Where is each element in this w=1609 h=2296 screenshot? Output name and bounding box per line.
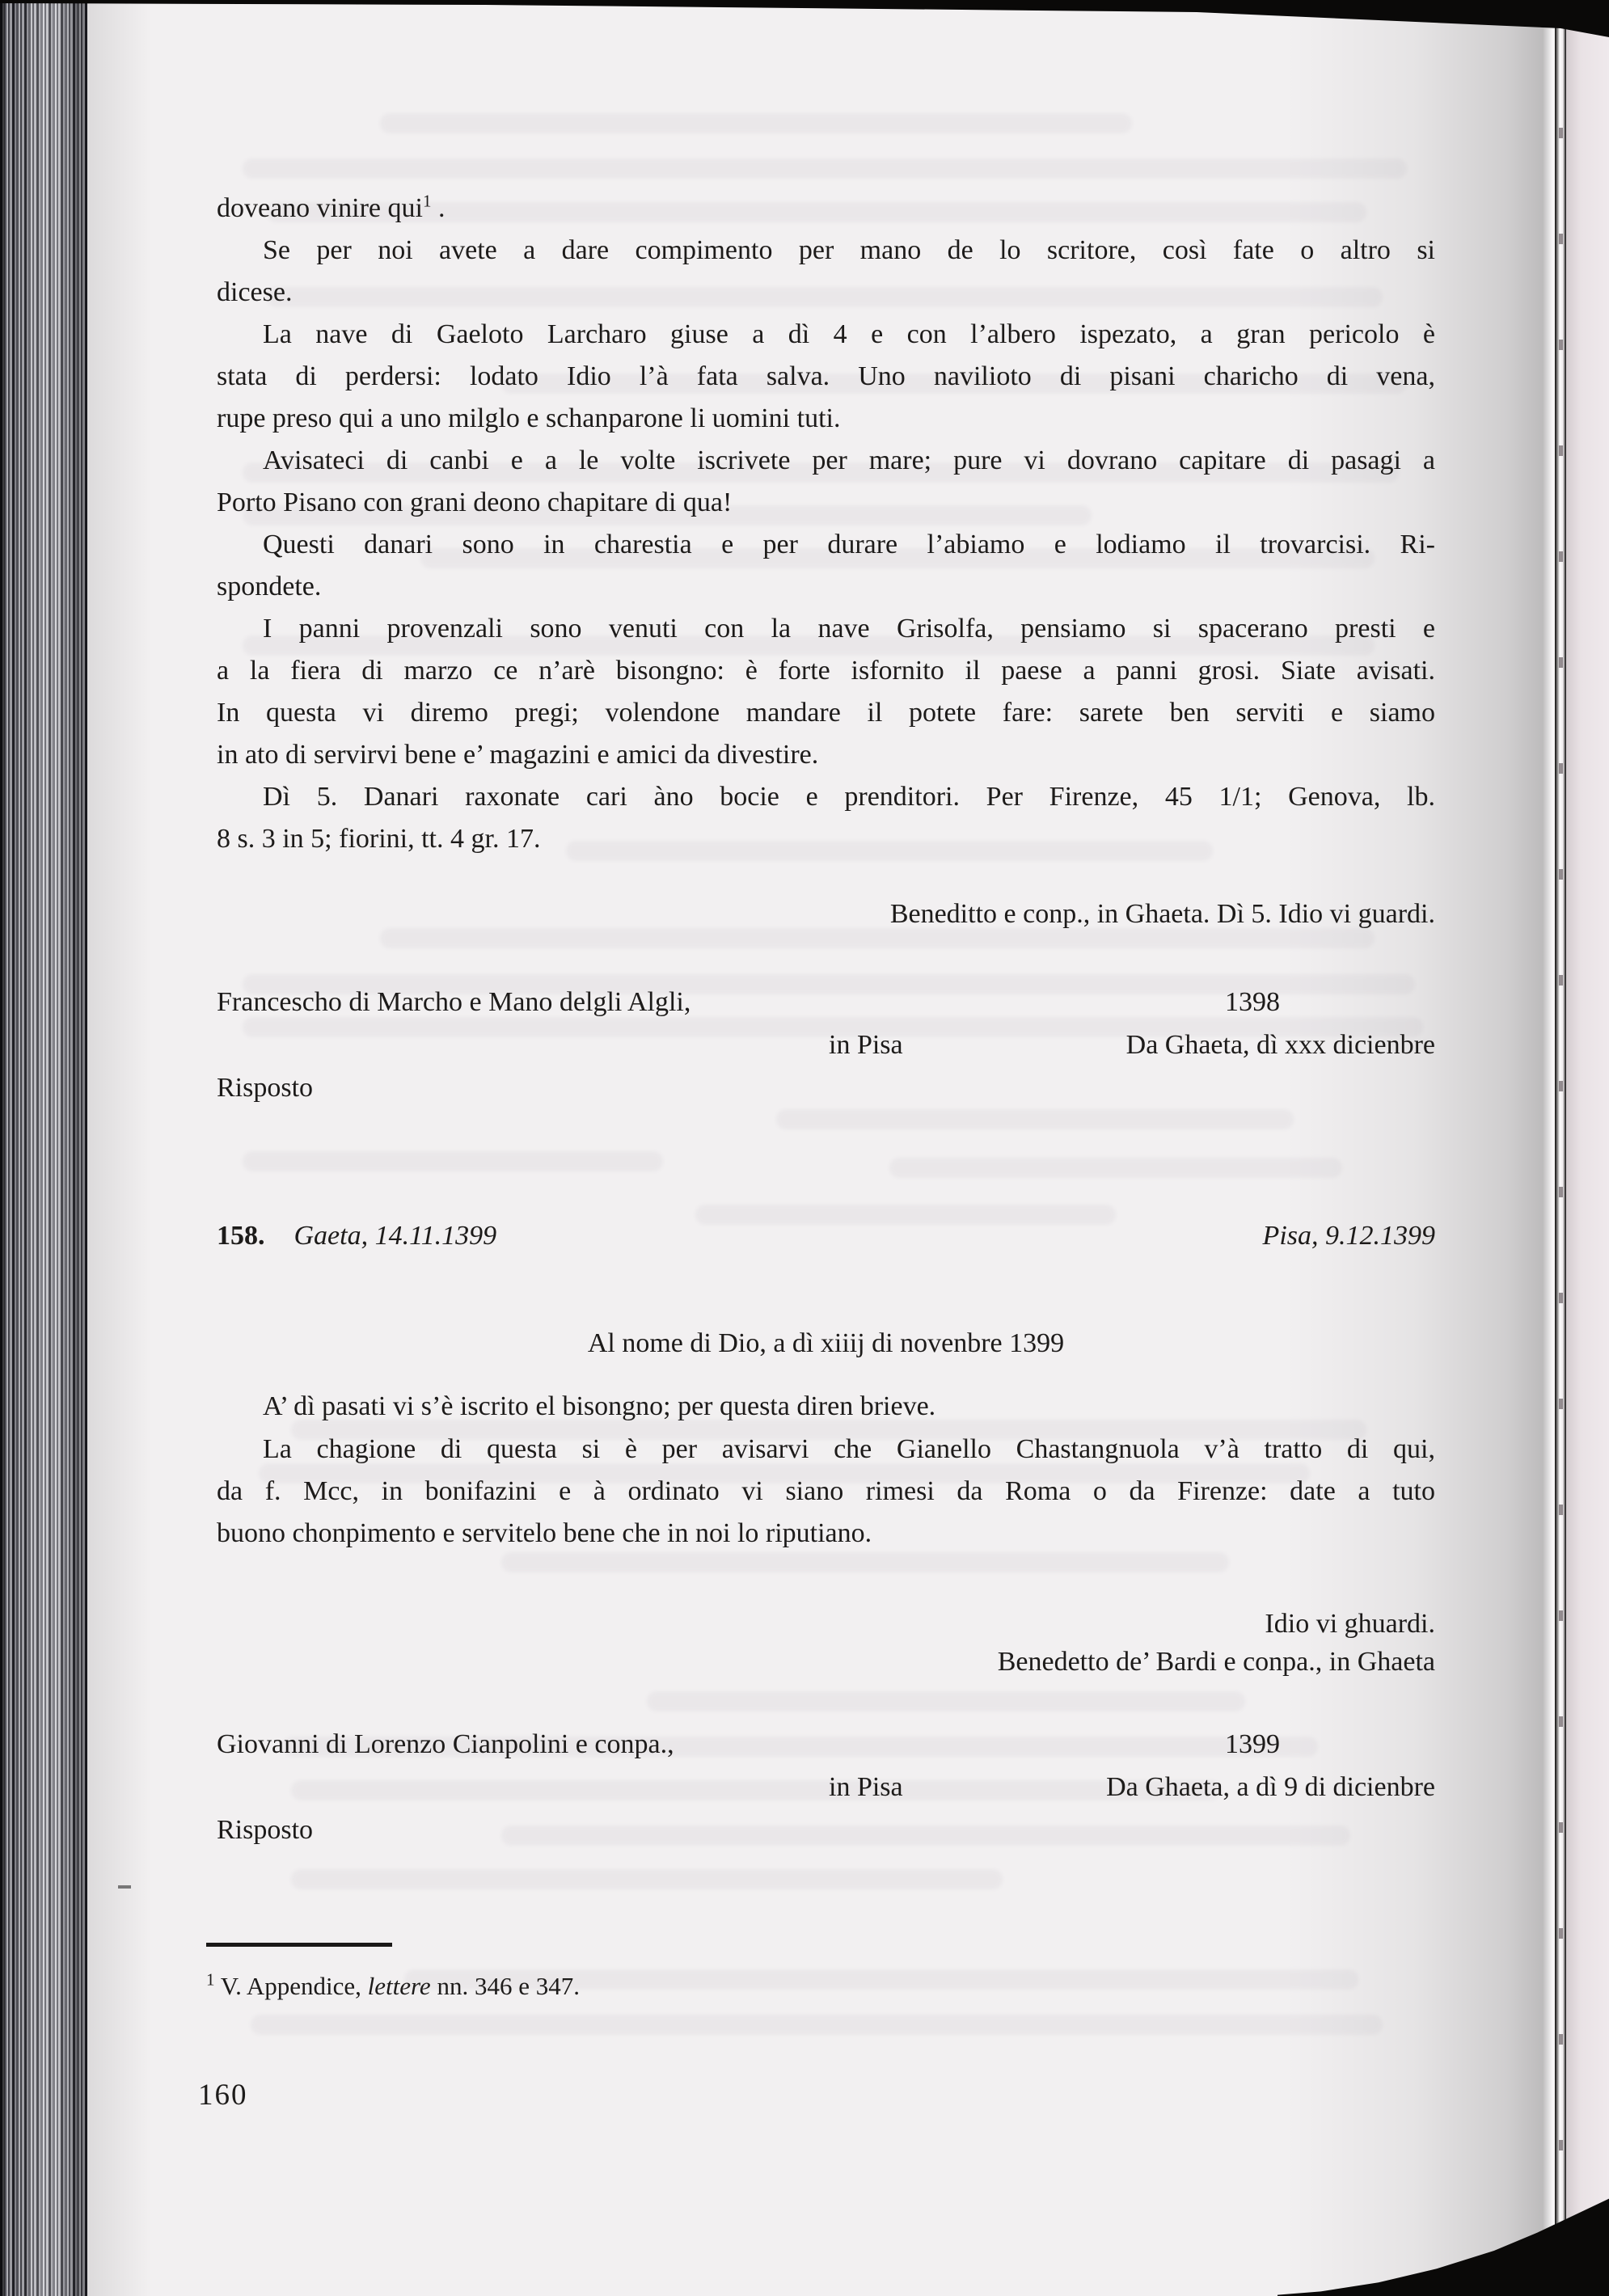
letter-157-paragraph: Questi danari sono in charestia e per du… (217, 524, 1435, 608)
letter-158-signature: Benedetto de’ Bardi e conpa., in Ghaeta (217, 1641, 1435, 1683)
bleedthrough-ghost (380, 113, 1132, 133)
address-year: 1399 (1225, 1724, 1280, 1766)
bleedthrough-ghost (647, 1691, 1245, 1711)
text-line: Benedetto de’ Bardi e conpa., in Ghaeta (217, 1641, 1435, 1683)
text-line: 8 s. 3 in 5; fiorini, tt. 4 gr. 17. (217, 818, 1435, 860)
text-line: La nave di Gaeloto Larcharo giuse a dì 4… (217, 314, 1435, 356)
letter-158-signoff: Idio vi ghuardi. (217, 1603, 1435, 1645)
text-line: da f. Mcc, in bonifazini e à ordinato vi… (217, 1471, 1435, 1513)
address-destination: in Pisa (829, 1024, 903, 1066)
text-line: Avisateci di canbi e a le volte iscrivet… (217, 440, 1435, 482)
book-fore-edge-pages (0, 0, 87, 2296)
bleedthrough-ghost (251, 2015, 1383, 2035)
letter-number: 158. (217, 1215, 265, 1257)
footnote: 1 V. Appendice, lettere nn. 346 e 347. (206, 1969, 1096, 2004)
footnote-reference: 1 (423, 192, 432, 211)
text-line: Idio vi ghuardi. (217, 1603, 1435, 1645)
text-line: in ato di servirvi bene e’ magazini e am… (217, 734, 1435, 776)
letter-157-paragraph: I panni provenzali sono venuti con la na… (217, 608, 1435, 776)
text-line: A’ dì pasati vi s’è iscrito el bisongno;… (217, 1386, 1435, 1428)
letter-origin-date: Gaeta, 14.11.1399 (294, 1215, 497, 1257)
binding-gutter-stitches (1555, 0, 1566, 2296)
letter-157-signoff: Beneditto e conp., in Ghaeta. Dì 5. Idio… (217, 893, 1435, 935)
addressee-name: Francescho di Marcho e Mano delgli Algli… (217, 987, 690, 1017)
letter-157-paragraph: Se per noi avete a dare compimento per m… (217, 230, 1435, 314)
text-fragment: doveano vinire qui (217, 193, 423, 223)
bleedthrough-ghost (889, 1158, 1342, 1178)
address-row: Risposto (217, 1067, 1435, 1110)
footnote-text: nn. 346 e 347. (431, 1972, 580, 2000)
text-line: dicese. (217, 272, 1435, 314)
letter-158-address-block: Giovanni di Lorenzo Cianpolini e conpa.,… (217, 1724, 1435, 1852)
page-number: 160 (198, 2078, 248, 2112)
letter-158-paragraph: La chagione di questa si è per avisarvi … (217, 1429, 1435, 1555)
letter-destination-date: Pisa, 9.12.1399 (1263, 1215, 1435, 1257)
margin-mark (118, 1885, 131, 1889)
address-row: Giovanni di Lorenzo Cianpolini e conpa.,… (217, 1724, 1435, 1766)
text-line: buono chonpimento e servitelo bene che i… (217, 1513, 1435, 1555)
bleedthrough-ghost (501, 1552, 1229, 1572)
text-line: Beneditto e conp., in Ghaeta. Dì 5. Idio… (217, 893, 1435, 935)
footnote-rule (206, 1943, 392, 1947)
facing-page-edge (1566, 0, 1609, 2296)
address-row: Francescho di Marcho e Mano delgli Algli… (217, 981, 1435, 1024)
text-line: Se per noi avete a dare compimento per m… (217, 230, 1435, 272)
address-status: Risposto (217, 1815, 313, 1845)
letter-158-invocation: Al nome di Dio, a dì xiiij di novenbre 1… (217, 1323, 1435, 1365)
address-origin-date: Da Ghaeta, dì xxx dicienbre (1126, 1024, 1435, 1066)
address-year: 1398 (1225, 981, 1280, 1023)
address-destination: in Pisa (829, 1766, 903, 1809)
bleedthrough-ghost (243, 1151, 663, 1171)
bleedthrough-ghost (291, 1869, 1003, 1889)
text-line: Questi danari sono in charestia e per du… (217, 524, 1435, 566)
letter-157-paragraph: Dì 5. Danari raxonate cari àno bocie e p… (217, 776, 1435, 860)
address-status: Risposto (217, 1073, 313, 1103)
address-origin-date: Da Ghaeta, a dì 9 di dicienbre (1106, 1766, 1435, 1809)
text-line: Al nome di Dio, a dì xiiij di novenbre 1… (217, 1323, 1435, 1365)
text-line: spondete. (217, 566, 1435, 608)
address-row: Risposto (217, 1809, 1435, 1852)
letter-158-paragraph: A’ dì pasati vi s’è iscrito el bisongno;… (217, 1386, 1435, 1428)
letter-157-address-block: Francescho di Marcho e Mano delgli Algli… (217, 981, 1435, 1110)
letter-157-continuation: doveano vinire qui1 . (217, 188, 1435, 230)
letter-157-paragraph: Avisateci di canbi e a le volte iscrivet… (217, 440, 1435, 524)
address-row: in Pisa Da Ghaeta, a dì 9 di dicienbre (217, 1766, 1435, 1809)
text-line: Dì 5. Danari raxonate cari àno bocie e p… (217, 776, 1435, 818)
text-line: La chagione di questa si è per avisarvi … (217, 1429, 1435, 1471)
text-line: stata di perdersi: lodato Idio l’à fata … (217, 356, 1435, 398)
text-line: Porto Pisano con grani deono chapitare d… (217, 482, 1435, 524)
bleedthrough-ghost (776, 1109, 1294, 1129)
text-line: a la fiera di marzo ce n’arè bisongno: è… (217, 650, 1435, 692)
footnote-italic: lettere (368, 1972, 431, 2000)
text-line: In questa vi diremo pregi; volendone man… (217, 692, 1435, 734)
footnote-marker: 1 (206, 1970, 215, 1990)
bleedthrough-ghost (243, 158, 1407, 179)
text-line: doveano vinire qui1 . (217, 188, 1435, 230)
text-line: I panni provenzali sono venuti con la na… (217, 608, 1435, 650)
addressee-name: Giovanni di Lorenzo Cianpolini e conpa., (217, 1729, 674, 1759)
letter-157-paragraph: La nave di Gaeloto Larcharo giuse a dì 4… (217, 314, 1435, 440)
address-row: in Pisa Da Ghaeta, dì xxx dicienbre (217, 1024, 1435, 1067)
footnote-text: V. Appendice, (215, 1972, 368, 2000)
text-fragment: . (431, 193, 445, 223)
letter-158-heading: 158. Gaeta, 14.11.1399 Pisa, 9.12.1399 (217, 1215, 1435, 1257)
text-line: rupe preso qui a uno milglo e schanparon… (217, 398, 1435, 440)
book-page-scan: { "letter157": { "cont_pre": "doveano vi… (0, 0, 1609, 2296)
